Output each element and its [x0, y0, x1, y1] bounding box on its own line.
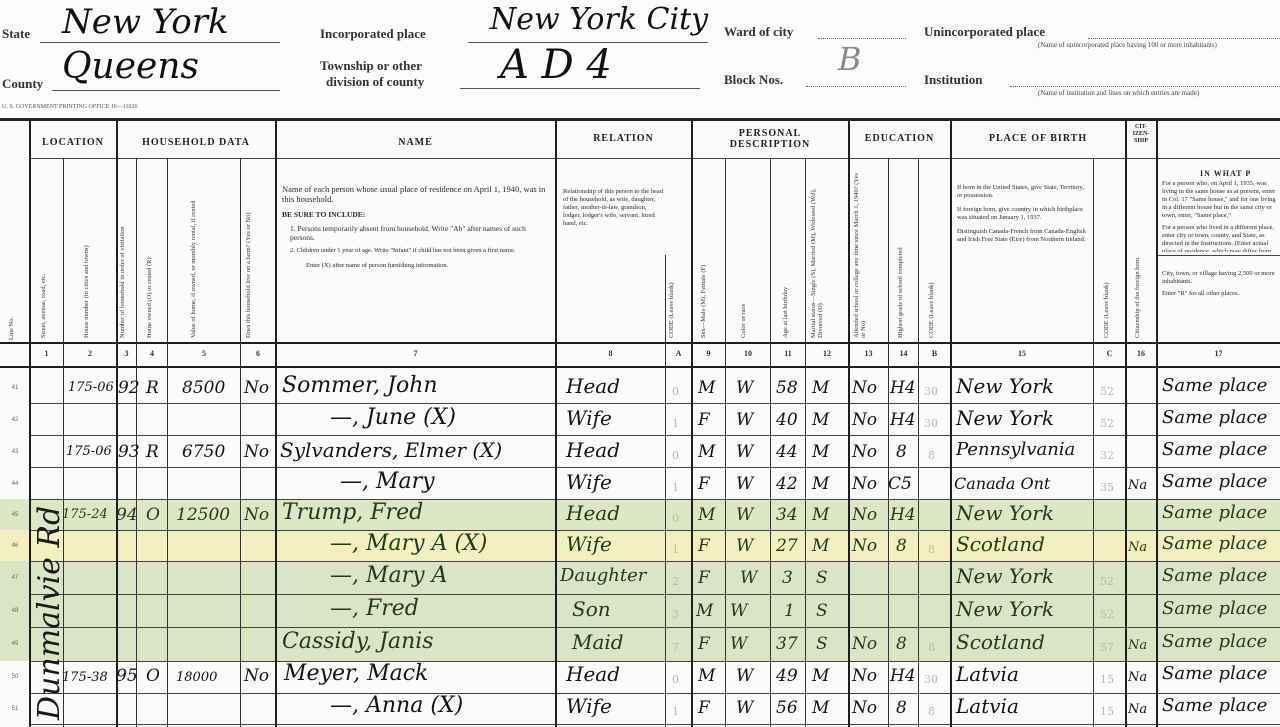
colnum-a: A [666, 349, 691, 358]
highest-grade: 8 [896, 634, 907, 654]
farm: No [244, 378, 269, 398]
code-c: 32 [1100, 446, 1114, 466]
code-b: 8 [928, 702, 935, 722]
person-name: Meyer, Mack [284, 664, 428, 684]
highest-grade: 8 [896, 698, 907, 718]
group-place-of-birth: PLACE OF BIRTH [951, 133, 1125, 144]
colnum-10: 10 [726, 349, 770, 358]
colnum-4: 4 [137, 349, 167, 358]
sex: F [698, 536, 710, 556]
name-instruction-5: Enter (X) after name of person furnishin… [282, 261, 550, 270]
birthplace-instruction-1: If born in the United States, give State… [957, 184, 1089, 200]
relation: Wife [566, 534, 612, 554]
col-divider [805, 158, 806, 727]
citizenship-title-2: IZEN- [1126, 131, 1156, 138]
race: W [736, 698, 753, 718]
citizenship: Na [1128, 538, 1147, 558]
group-personal-description-1: PERSONAL [692, 128, 848, 139]
township-label-2: division of county [326, 74, 424, 90]
code-c: 52 [1100, 605, 1114, 625]
code-c: 52 [1100, 414, 1114, 434]
relation: Head [566, 440, 620, 460]
name-instruction-1: Name of each person whose usual place of… [282, 184, 550, 204]
column-number-bottom-rule [0, 366, 1280, 368]
residence-instruction-3: City, town, or village having 2,500 or m… [1162, 270, 1280, 286]
farm: No [244, 442, 269, 462]
header-household-order: Number of household in order of visitati… [119, 168, 135, 338]
age: 49 [776, 666, 798, 686]
person-name: Sylvanders, Elmer (X) [280, 440, 502, 460]
person-name: Sommer, John [282, 376, 438, 396]
birthplace: Scotland [956, 632, 1045, 652]
household-number: 94 [116, 505, 138, 525]
line-number: 45 [0, 512, 30, 518]
highest-grade: H4 [890, 666, 916, 686]
race: W [736, 378, 753, 398]
code-b: 8 [928, 540, 935, 560]
group-household-data: HOUSEHOLD DATA [117, 137, 275, 148]
col-divider [240, 158, 241, 727]
group-personal-description-2: DESCRIPTION [692, 139, 848, 150]
code-c: 52 [1100, 572, 1114, 592]
institution-note: (Name of institution and lines on which … [1038, 89, 1199, 97]
table-top-rule [0, 118, 1280, 121]
relation: Daughter [560, 566, 646, 586]
col-divider [116, 121, 118, 727]
sex: M [698, 666, 715, 686]
person-name: —, Fred [330, 599, 419, 619]
owned-rented: O [146, 505, 160, 525]
colnum-c: C [1094, 349, 1125, 358]
census-form-header: State New York County Queens U. S. GOVER… [0, 0, 1280, 118]
residence-1935: Same place [1162, 440, 1267, 460]
attended-school: No [852, 474, 877, 494]
incorporated-place-value: New York City [490, 2, 708, 37]
township-line [460, 88, 700, 89]
birthplace: New York [956, 376, 1054, 396]
household-number: 92 [118, 378, 140, 398]
highlight-row-46 [0, 530, 1280, 561]
colnum-11: 11 [771, 349, 805, 358]
person-name: —, Mary A (X) [330, 534, 487, 554]
colnum-15: 15 [951, 349, 1093, 358]
relation-instructions: Relationship of this person to the head … [563, 188, 663, 228]
birthplace: Latvia [956, 696, 1019, 716]
sex: M [698, 378, 715, 398]
header-citizenship: Citizenship of the foreign born [1134, 180, 1146, 338]
marital-status: M [812, 442, 829, 462]
code-b: 8 [928, 638, 935, 658]
col-divider [29, 121, 31, 727]
home-value: 12500 [176, 505, 230, 525]
unincorporated-line [1088, 38, 1280, 39]
birthplace: Scotland [956, 534, 1045, 554]
citizenship-title-1: CIT- [1126, 124, 1156, 131]
line-number: 47 [0, 575, 30, 581]
attended-school: No [852, 378, 877, 398]
person-name: Cassidy, Janis [282, 632, 434, 652]
colnum-13: 13 [849, 349, 888, 358]
residence-instructions-bottom: City, town, or village having 2,500 or m… [1162, 270, 1280, 298]
sex: M [696, 601, 713, 621]
colnum-17: 17 [1157, 349, 1280, 358]
colnum-3: 3 [117, 349, 136, 358]
birthplace-instruction-3: Distinguish Canada-French from Canada-En… [957, 228, 1089, 244]
code-c: 57 [1100, 638, 1114, 658]
group-residence: IN WHAT P [1200, 168, 1280, 179]
relation: Wife [566, 408, 612, 428]
code-b: 30 [924, 670, 938, 690]
sex: F [698, 698, 710, 718]
race: W [736, 536, 753, 556]
ward-label: Ward of city [724, 24, 793, 40]
line-number: 41 [0, 385, 30, 391]
code-a: 0 [672, 509, 679, 529]
header-code-a: CODE (Leave blank) [668, 262, 688, 338]
header-value: Value of home, if owned, or monthly rent… [190, 168, 212, 338]
name-instruction-4: 2. Children under 1 year of age. Write "… [282, 247, 550, 255]
header-marital: Marital status—Single (S), Married (M), … [810, 180, 842, 338]
code-a: 1 [672, 702, 679, 722]
citizenship: Na [1128, 700, 1147, 720]
unincorporated-note: (Name of unincorporated place having 100… [1038, 41, 1217, 49]
colnum-2: 2 [64, 349, 116, 358]
printing-office-note: U. S. GOVERNMENT PRINTING OFFICE 16—1102… [2, 104, 138, 110]
sex: F [698, 410, 710, 430]
house-number: 175-24 [62, 505, 108, 525]
col-divider [770, 158, 771, 727]
name-instruction-2: BE SURE TO INCLUDE: [282, 210, 550, 219]
state-line [40, 42, 280, 43]
code-a: 2 [672, 572, 679, 592]
highest-grade: H4 [890, 505, 916, 525]
line-number: 42 [0, 417, 30, 423]
code-a: 7 [672, 638, 679, 658]
header-street: Street, avenue, road, etc. [40, 168, 54, 338]
residence-1935: Same place [1162, 408, 1267, 428]
age: 40 [776, 410, 798, 430]
highest-grade: H4 [890, 378, 916, 398]
attended-school: No [852, 442, 877, 462]
code-c: 15 [1100, 702, 1114, 722]
birthplace: New York [956, 566, 1054, 586]
birthplace: Latvia [956, 664, 1019, 684]
person-name: —, Mary [340, 472, 435, 492]
code-a: 0 [672, 670, 679, 690]
line-number: 43 [0, 449, 30, 455]
colnum-16: 16 [1126, 349, 1156, 358]
farm: No [244, 505, 269, 525]
marital-status: M [812, 666, 829, 686]
owned-rented: R [146, 378, 159, 398]
birthplace: Canada Ont [954, 474, 1050, 494]
header-code-b: CODE (Leave blank) [928, 230, 940, 338]
group-citizenship: CIT- IZEN- SHIP [1126, 124, 1156, 145]
attended-school: No [852, 505, 877, 525]
line-number: 46 [0, 543, 30, 549]
age: 44 [776, 442, 798, 462]
colnum-1: 1 [30, 349, 63, 358]
marital-status: M [812, 378, 829, 398]
highest-grade: C5 [888, 474, 912, 494]
code-b: 8 [928, 446, 935, 466]
incorporated-place-label: Incorporated place [320, 26, 426, 42]
header-attended-school: Attended school or college any time sinc… [853, 168, 883, 338]
township-label-1: Township or other [320, 58, 422, 74]
race: W [740, 568, 757, 588]
birthplace-instruction-2: If foreign born, give country in which b… [957, 206, 1089, 222]
marital-status: S [816, 601, 828, 621]
race: W [736, 442, 753, 462]
col-divider [725, 158, 726, 727]
residence-1935: Same place [1162, 566, 1267, 586]
race: W [736, 410, 753, 430]
race: W [736, 505, 753, 525]
age: 27 [776, 536, 798, 556]
column-header-bottom-rule [0, 342, 1280, 344]
institution-line [1010, 86, 1280, 87]
col-divider [275, 121, 277, 727]
age: 56 [776, 698, 798, 718]
header-farm: Does this household live on a farm? (Yes… [245, 168, 267, 338]
birthplace: New York [956, 408, 1054, 428]
street-name-cell: Dunmalvie Rd [32, 420, 62, 720]
header-sex: Sex—Male (M), Female (F) [700, 200, 714, 338]
sex: M [698, 442, 715, 462]
residence-1935: Same place [1162, 696, 1267, 716]
marital-status: M [812, 505, 829, 525]
relation: Head [566, 376, 620, 396]
county-line [52, 90, 280, 91]
colnum-9: 9 [692, 349, 725, 358]
attended-school: No [852, 536, 877, 556]
block-label: Block Nos. [724, 72, 783, 88]
birthplace: Pennsylvania [956, 440, 1075, 460]
col-divider [848, 121, 850, 727]
header-color-race: Color or race [740, 260, 752, 338]
name-instruction-3: 1. Persons temporarily absent from house… [282, 224, 550, 242]
marital-status: M [812, 698, 829, 718]
header-line-no: Line No. [8, 280, 20, 340]
code-a: 3 [672, 605, 679, 625]
residence-1935: Same place [1162, 376, 1267, 396]
group-location: LOCATION [30, 137, 116, 148]
code-c: 15 [1100, 670, 1114, 690]
birthplace: New York [956, 599, 1054, 619]
marital-status: S [816, 568, 828, 588]
line-number: 48 [0, 608, 30, 614]
house-number: 175-38 [62, 668, 108, 688]
line-number: 44 [0, 481, 30, 487]
citizenship-title-3: SHIP [1126, 138, 1156, 145]
colnum-7: 7 [276, 349, 555, 358]
colnum-12: 12 [806, 349, 848, 358]
sex: M [698, 505, 715, 525]
home-value: 8500 [182, 378, 225, 398]
state-value: New York [62, 2, 229, 42]
highest-grade: 8 [896, 442, 907, 462]
col-divider [950, 121, 952, 727]
person-name: —, Mary A [330, 566, 447, 586]
household-number: 93 [118, 442, 140, 462]
colnum-b: B [919, 349, 950, 358]
residence-1935: Same place [1162, 599, 1267, 619]
relation: Head [566, 664, 620, 684]
marital-status: M [812, 410, 829, 430]
code-a: 0 [672, 446, 679, 466]
age: 1 [784, 601, 795, 621]
residence-instructions-top: For a person who, on April 1, 1935, was … [1162, 180, 1280, 252]
col-divider [167, 158, 168, 727]
relation: Wife [566, 472, 612, 492]
race: W [736, 666, 753, 686]
attended-school: No [852, 666, 877, 686]
code-c: 35 [1100, 478, 1114, 498]
header-owned-rented: Home owned (O) or rented (R) [146, 168, 160, 338]
col-divider [1093, 158, 1094, 727]
relation: Maid [572, 632, 624, 652]
race: W [730, 601, 747, 621]
line-number: 51 [0, 706, 30, 712]
citizenship: Na [1128, 636, 1147, 656]
county-label: County [2, 76, 43, 92]
col-divider [888, 158, 889, 727]
relation: Head [566, 503, 620, 523]
state-label: State [2, 26, 30, 42]
col-divider [1125, 121, 1127, 727]
code-b: 30 [924, 414, 938, 434]
institution-label: Institution [924, 72, 983, 88]
house-number: 175-06 [68, 378, 114, 398]
residence-header-divider [1158, 255, 1280, 256]
age: 34 [776, 505, 798, 525]
residence-1935: Same place [1162, 534, 1267, 554]
colnum-8: 8 [556, 349, 665, 358]
highest-grade: H4 [890, 410, 916, 430]
line-number: 49 [0, 641, 30, 647]
residence-instruction-4: Enter "R" for all other places. [1162, 290, 1280, 298]
attended-school: No [852, 698, 877, 718]
owned-rented: O [146, 666, 160, 686]
attended-school: No [852, 634, 877, 654]
residence-1935: Same place [1162, 664, 1267, 684]
header-highest-grade: Highest grade of school completed [897, 168, 911, 338]
age: 3 [782, 568, 793, 588]
residence-instruction-2: For a person who lived in a different pl… [1162, 224, 1280, 252]
residence-1935: Same place [1162, 503, 1267, 523]
code-a: 1 [672, 414, 679, 434]
residence-1935: Same place [1162, 632, 1267, 652]
attended-school: No [852, 410, 877, 430]
house-number: 175-06 [66, 442, 112, 462]
household-number: 95 [116, 666, 138, 686]
citizenship: Na [1128, 476, 1147, 496]
code-c: 52 [1100, 382, 1114, 402]
header-age: Age at last birthday [782, 230, 794, 338]
person-name: Trump, Fred [282, 503, 423, 523]
birthplace-instructions: If born in the United States, give State… [957, 184, 1089, 244]
col-divider [1156, 121, 1158, 727]
name-instructions: Name of each person whose usual place of… [282, 184, 550, 270]
person-name: —, Anna (X) [330, 696, 463, 716]
colnum-6: 6 [241, 349, 275, 358]
person-name: —, June (X) [330, 408, 456, 428]
group-name: NAME [276, 137, 555, 148]
block-value: B [838, 40, 862, 78]
group-education: EDUCATION [849, 133, 950, 144]
col-divider [555, 121, 557, 727]
age: 58 [776, 378, 798, 398]
marital-status: S [816, 634, 828, 654]
marital-status: M [812, 536, 829, 556]
relation: Son [572, 599, 611, 619]
relation: Wife [566, 696, 612, 716]
sex: F [698, 634, 710, 654]
header-house-number: House number (in cities and towns) [83, 168, 97, 338]
township-value: A D 4 [500, 42, 612, 88]
marital-status: M [812, 474, 829, 494]
residence-1935: Same place [1162, 472, 1267, 492]
owned-rented: R [146, 442, 159, 462]
home-value: 6750 [182, 442, 225, 462]
birthplace: New York [956, 503, 1054, 523]
col-divider [691, 121, 693, 727]
block-line [806, 86, 906, 87]
age: 37 [776, 634, 798, 654]
citizenship: Na [1128, 668, 1147, 688]
sex: F [698, 474, 710, 494]
header-code-c: CODE (Leave blank) [1103, 240, 1115, 338]
age: 42 [776, 474, 798, 494]
home-value: 18000 [176, 668, 217, 688]
race: W [736, 474, 753, 494]
colnum-5: 5 [168, 349, 240, 358]
code-b: 30 [924, 382, 938, 402]
code-a: 1 [672, 478, 679, 498]
colnum-14: 14 [889, 349, 918, 358]
line-number: 50 [0, 674, 30, 680]
code-a: 1 [672, 540, 679, 560]
code-a: 0 [672, 382, 679, 402]
highest-grade: 8 [896, 536, 907, 556]
ward-line [818, 38, 906, 39]
race: W [730, 634, 747, 654]
residence-instruction-1: For a person who, on April 1, 1935, was … [1162, 180, 1280, 220]
county-value: Queens [62, 46, 199, 87]
sex: F [698, 568, 710, 588]
col-divider [665, 255, 666, 727]
unincorporated-label: Unincorporated place [924, 24, 1045, 40]
col-divider [918, 158, 919, 727]
group-relation: RELATION [556, 133, 691, 144]
farm: No [244, 666, 269, 686]
